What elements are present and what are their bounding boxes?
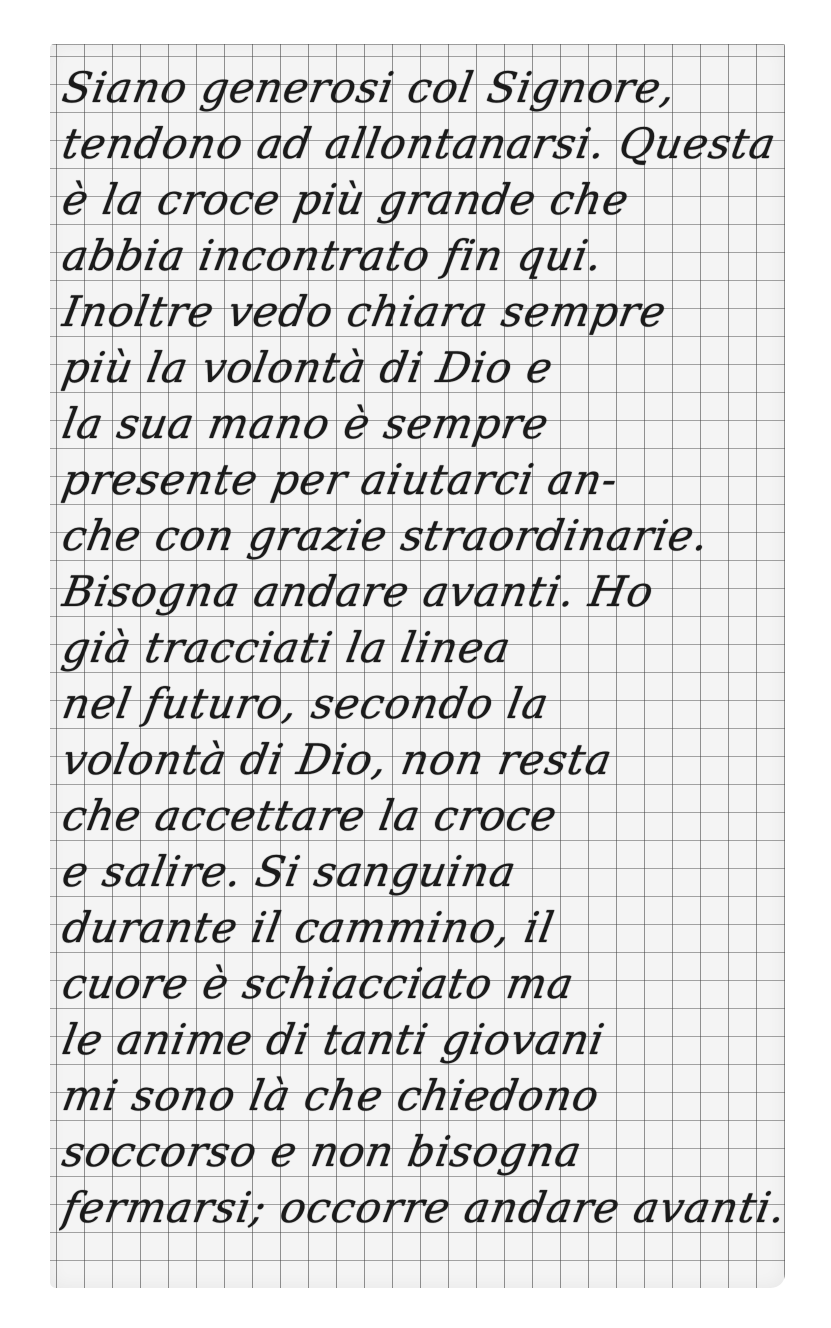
text-line: Inoltre vedo chiara sempre — [58, 284, 788, 340]
text-line: mi sono là che chiedono — [58, 1068, 788, 1124]
text-line: e salire. Si sanguina — [58, 844, 788, 900]
text-line: soccorso e non bisogna — [58, 1124, 788, 1180]
text-line: già tracciati la linea — [58, 620, 788, 676]
text-line: tendono ad allontanarsi. Questa — [58, 116, 788, 172]
text-line: volontà di Dio, non resta — [58, 732, 788, 788]
text-line: fermarsi; occorre andare avanti. — [58, 1180, 788, 1236]
text-line: presente per aiutarci an- — [58, 452, 788, 508]
text-line: la sua mano è sempre — [58, 396, 788, 452]
text-line: è la croce più grande che — [58, 172, 788, 228]
text-line: che accettare la croce — [58, 788, 788, 844]
text-line: durante il cammino, il — [58, 900, 788, 956]
text-line: Bisogna andare avanti. Ho — [58, 564, 788, 620]
text-line: che con grazie straordinarie. — [58, 508, 788, 564]
text-line: cuore è schiacciato ma — [58, 956, 788, 1012]
text-line: nel futuro, secondo la — [58, 676, 788, 732]
text-line: più la volontà di Dio e — [58, 340, 788, 396]
handwritten-text: Siano generosi col Signore, tendono ad a… — [58, 60, 778, 1236]
text-line: abbia incontrato fin qui. — [58, 228, 788, 284]
text-line: Siano generosi col Signore, — [58, 60, 788, 116]
text-line: le anime di tanti giovani — [58, 1012, 788, 1068]
